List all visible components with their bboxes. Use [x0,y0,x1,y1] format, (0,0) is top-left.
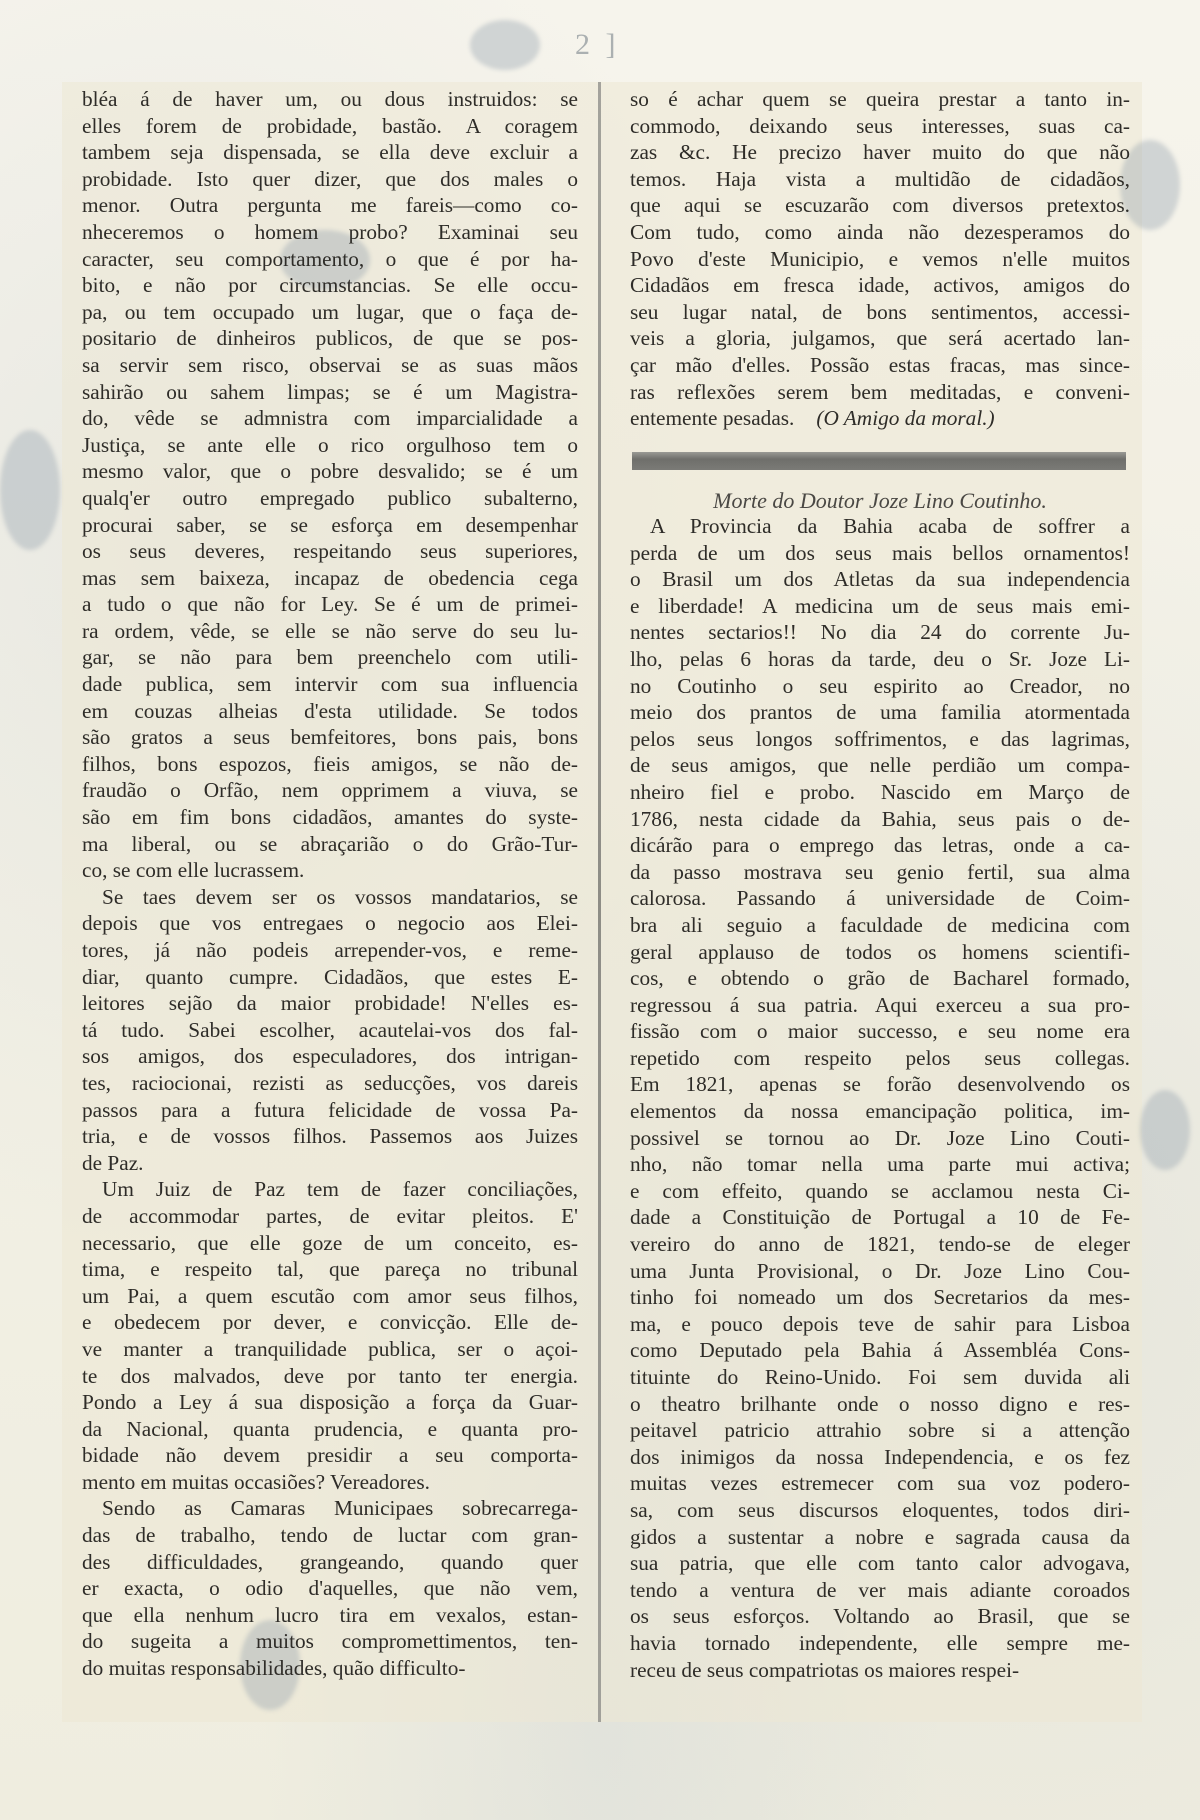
text-line: probidade. Isto quer dizer, que dos male… [82,166,578,193]
text-line: zas &c. He precizo haver muito do que nã… [630,139,1130,166]
text-line: muitas vezes estremecer com sua voz pode… [630,1470,1130,1497]
text-line: de seus amigos, que nelle perdião um com… [630,752,1130,779]
text-line: Justiça, se ante elle o rico orgulhoso t… [82,432,578,459]
text-line: bléa á de haver um, ou dous instruidos: … [82,86,578,113]
text-line: Um Juiz de Paz tem de fazer conciliações… [82,1176,578,1203]
text-line: seu lugar natal, de bons sentimentos, ac… [630,299,1130,326]
text-line: meio dos prantos de uma familia atorment… [630,699,1130,726]
text-line: os seus deveres, respeitando seus superi… [82,538,578,565]
text-line: leitores sejão da maior probidade! N'ell… [82,990,578,1017]
text-line: são em fim bons cidadãos, amantes do sys… [82,804,578,831]
text-line: Pondo a Ley á sua disposição a força da … [82,1389,578,1416]
text-line: cos, e obtendo o grão de Bacharel formad… [630,965,1130,992]
text-line: 1786, nesta cidade da Bahia, seus pais o… [630,806,1130,833]
text-line: qualq'er outro empregado publico subalte… [82,485,578,512]
text-line: do sugeita a muitos compromettimentos, t… [82,1628,578,1655]
text-line: commodo, deixando seus interesses, suas … [630,113,1130,140]
text-line: os seus esforços. Voltando ao Brasil, qu… [630,1603,1130,1630]
text-line: da passo mostrava seu genio fertil, sua … [630,859,1130,886]
text-line: gar, se não para bem preenchelo com util… [82,644,578,671]
text-line: Se taes devem ser os vossos mandatarios,… [82,884,578,911]
article-separator-bar [632,452,1126,470]
text-line: gidos a sustentar a nobre e sagrada caus… [630,1524,1130,1551]
article-heading: Morte do Doutor Joze Lino Coutinho. [630,488,1130,514]
text-line: Povo d'este Municipio, e vemos n'elle mu… [630,246,1130,273]
text-line: menor. Outra pergunta me fareis—como co- [82,192,578,219]
text-line: tes, raciocionai, rezisti as seducções, … [82,1070,578,1097]
text-line: mesmo valor, que o pobre desvalido; se é… [82,458,578,485]
text-line: dos inimigos da nossa Independencia, e o… [630,1444,1130,1471]
text-line: elementos da nossa emancipação politica,… [630,1098,1130,1125]
text-line: A Provincia da Bahia acaba de soffrer a [630,513,1130,540]
text-line: tendo a ventura de ver mais adiante coro… [630,1577,1130,1604]
text-line: e liberdade! A medicina um de seus mais … [630,593,1130,620]
text-line: passos para a futura felicidade de vossa… [82,1097,578,1124]
text-line: necessario, que elle goze de um conceito… [82,1230,578,1257]
text-line: em couzas alheias d'esta utilidade. Se t… [82,698,578,725]
text-line: Sendo as Camaras Municipaes sobrecarrega… [82,1495,578,1522]
text-line: pelos seus longos soffrimentos, e das la… [630,726,1130,753]
text-line: des difficuldades, grangeando, quando qu… [82,1549,578,1576]
text-line: que aqui se escuzarão com diversos prete… [630,192,1130,219]
text-line: Em 1821, apenas se forão desenvolvendo o… [630,1071,1130,1098]
text-line: da Nacional, quanta prudencia, e quanta … [82,1416,578,1443]
text-line: depois que vos entregaes o negocio aos E… [82,910,578,937]
text-line: havia tornado independente, elle sempre … [630,1630,1130,1657]
text-line: sua patria, que elle com tanto calor adv… [630,1550,1130,1577]
text-line: tambem seja dispensada, se ella deve exc… [82,139,578,166]
text-line: çar mão d'elles. Possão estas fracas, ma… [630,352,1130,379]
right-column-top: so é achar quem se queira prestar a tant… [630,86,1130,432]
text-line: vereiro do anno de 1821, tendo-se de ele… [630,1231,1130,1258]
text-line: no Coutinho o seu espirito ao Creador, n… [630,673,1130,700]
text-line: um Pai, a quem escutão com amor seus fil… [82,1283,578,1310]
text-line: sahirão ou sahem limpas; se é um Magistr… [82,379,578,406]
text-line: ve manter a tranquilidade publica, ser o… [82,1336,578,1363]
text-line: sa, com seus discursos eloquentes, todos… [630,1497,1130,1524]
text-line: te dos malvados, deve por tanto ter ener… [82,1363,578,1390]
text-line: do, vêde se admnistra com imparcialidade… [82,405,578,432]
text-line: nentes sectarios!! No dia 24 do corrente… [630,619,1130,646]
text-line: Cidadãos em fresca idade, activos, amigo… [630,272,1130,299]
article-signature: (O Amigo da moral.) [816,406,994,430]
water-stain [1140,1090,1190,1170]
text-line: do muitas responsabilidades, quão diffic… [82,1655,578,1682]
text-line: ra ordem, vêde, se elle se não serve do … [82,618,578,645]
text-line: nho, não tomar nella uma parte mui activ… [630,1151,1130,1178]
text-line: a tudo o que não for Ley. Se é um de pri… [82,591,578,618]
text-line: de Paz. [82,1150,578,1177]
text-line: bito, e não por circumstancias. Se elle … [82,272,578,299]
text-line: possivel se tornou ao Dr. Joze Lino Cout… [630,1125,1130,1152]
text-line: como Deputado pela Bahia á Assembléa Con… [630,1337,1130,1364]
water-stain [0,430,60,550]
text-line: nheceremos o homem probo? Examinai seu [82,219,578,246]
text-line: tores, já não podeis arrepender-vos, e r… [82,937,578,964]
text-line: so é achar quem se queira prestar a tant… [630,86,1130,113]
text-line: lho, pelas 6 horas da tarde, deu o Sr. J… [630,646,1130,673]
text-line: receu de seus compatriotas os maiores re… [630,1657,1130,1684]
text-line: fraudão o Orfão, nem opprimem a viuva, s… [82,777,578,804]
text-line: temos. Haja vista a multidão de cidadãos… [630,166,1130,193]
text-line: calorosa. Passando á universidade de Coi… [630,885,1130,912]
text-line: procurai saber, se se esforça em desempe… [82,512,578,539]
text-line: nheiro fiel e probo. Nascido em Março de [630,779,1130,806]
text-line: tima, e respeito tal, que pareça no trib… [82,1256,578,1283]
text-line-content: entemente pesadas. [630,406,794,430]
text-line: regressou á sua patria. Aqui exerceu a s… [630,992,1130,1019]
text-line: de accommodar partes, de evitar pleitos.… [82,1203,578,1230]
text-line: o Brasil um dos Atletas da sua independe… [630,566,1130,593]
right-column-article: A Provincia da Bahia acaba de soffrer ap… [630,513,1130,1683]
text-line: bidade não devem presidir a seu comporta… [82,1442,578,1469]
text-line: positario de dinheiros publicos, de que … [82,325,578,352]
text-line: entemente pesadas.(O Amigo da moral.) [630,405,1130,432]
text-line: dicárão para o emprego das letras, onde … [630,832,1130,859]
text-line: ma, e pouco depois teve de sahir para Li… [630,1311,1130,1338]
page-number: 2 ] [575,28,620,62]
text-line: tá tudo. Sabei escolher, acautelai-vos d… [82,1017,578,1044]
text-line: elles forem de probidade, bastão. A cora… [82,113,578,140]
text-line: filhos, bons espozos, fieis amigos, se n… [82,751,578,778]
text-line: e com effeito, quando se acclamou nesta … [630,1178,1130,1205]
text-line: Com tudo, como ainda não dezesperamos do [630,219,1130,246]
text-line: sos amigos, dos especuladores, dos intri… [82,1043,578,1070]
text-line: diar, quanto cumpre. Cidadãos, que estes… [82,964,578,991]
text-line: uma Junta Provisional, o Dr. Joze Lino C… [630,1258,1130,1285]
text-line: tria, e de vossos filhos. Passemos aos J… [82,1123,578,1150]
text-line: sa servir sem risco, observai se as suas… [82,352,578,379]
text-line: que ella nenhum lucro tira em vexalos, e… [82,1602,578,1629]
text-line: tinho foi nomeado um dos Secretarios da … [630,1284,1130,1311]
text-line: mas sem baixeza, incapaz de obedencia ce… [82,565,578,592]
text-line: er exacta, o odio d'aquelles, que não ve… [82,1575,578,1602]
left-column: bléa á de haver um, ou dous instruidos: … [82,86,578,1682]
text-line: e obedecem por dever, e convicção. Elle … [82,1309,578,1336]
text-line: bra ali seguio a faculdade de medicina c… [630,912,1130,939]
text-line: o theatro brilhante onde o nosso digno e… [630,1391,1130,1418]
column-divider [598,82,601,1722]
text-line: perda de um dos seus mais bellos ornamen… [630,540,1130,567]
text-line: das de trabalho, tendo de luctar com gra… [82,1522,578,1549]
text-line: peitavel patricio attrahio sobre si a at… [630,1417,1130,1444]
text-line: caracter, seu comportamento, o que é por… [82,246,578,273]
text-line: dade a Constituição de Portugal a 10 de … [630,1204,1130,1231]
text-line: repetido com respeito pelos seus collega… [630,1045,1130,1072]
text-line: veis a gloria, julgamos, que será acerta… [630,325,1130,352]
text-line: dade publica, sem intervir com sua influ… [82,671,578,698]
text-line: ras reflexões serem bem meditadas, e con… [630,379,1130,406]
text-line: fissão com o maior successo, e seu nome … [630,1018,1130,1045]
text-line: pa, ou tem occupado um lugar, que o faça… [82,299,578,326]
text-line: geral applauso de todos os homens scient… [630,939,1130,966]
text-line: ma liberal, ou se abraçarião o do Grão-T… [82,831,578,858]
text-line: são gratos a seus bemfeitores, bons pais… [82,724,578,751]
water-stain [470,20,540,70]
text-line: mento em muitas occasiões? Vereadores. [82,1469,578,1496]
text-line: co, se com elle lucrassem. [82,857,578,884]
text-line: tituinte do Reino-Unido. Foi sem duvida … [630,1364,1130,1391]
